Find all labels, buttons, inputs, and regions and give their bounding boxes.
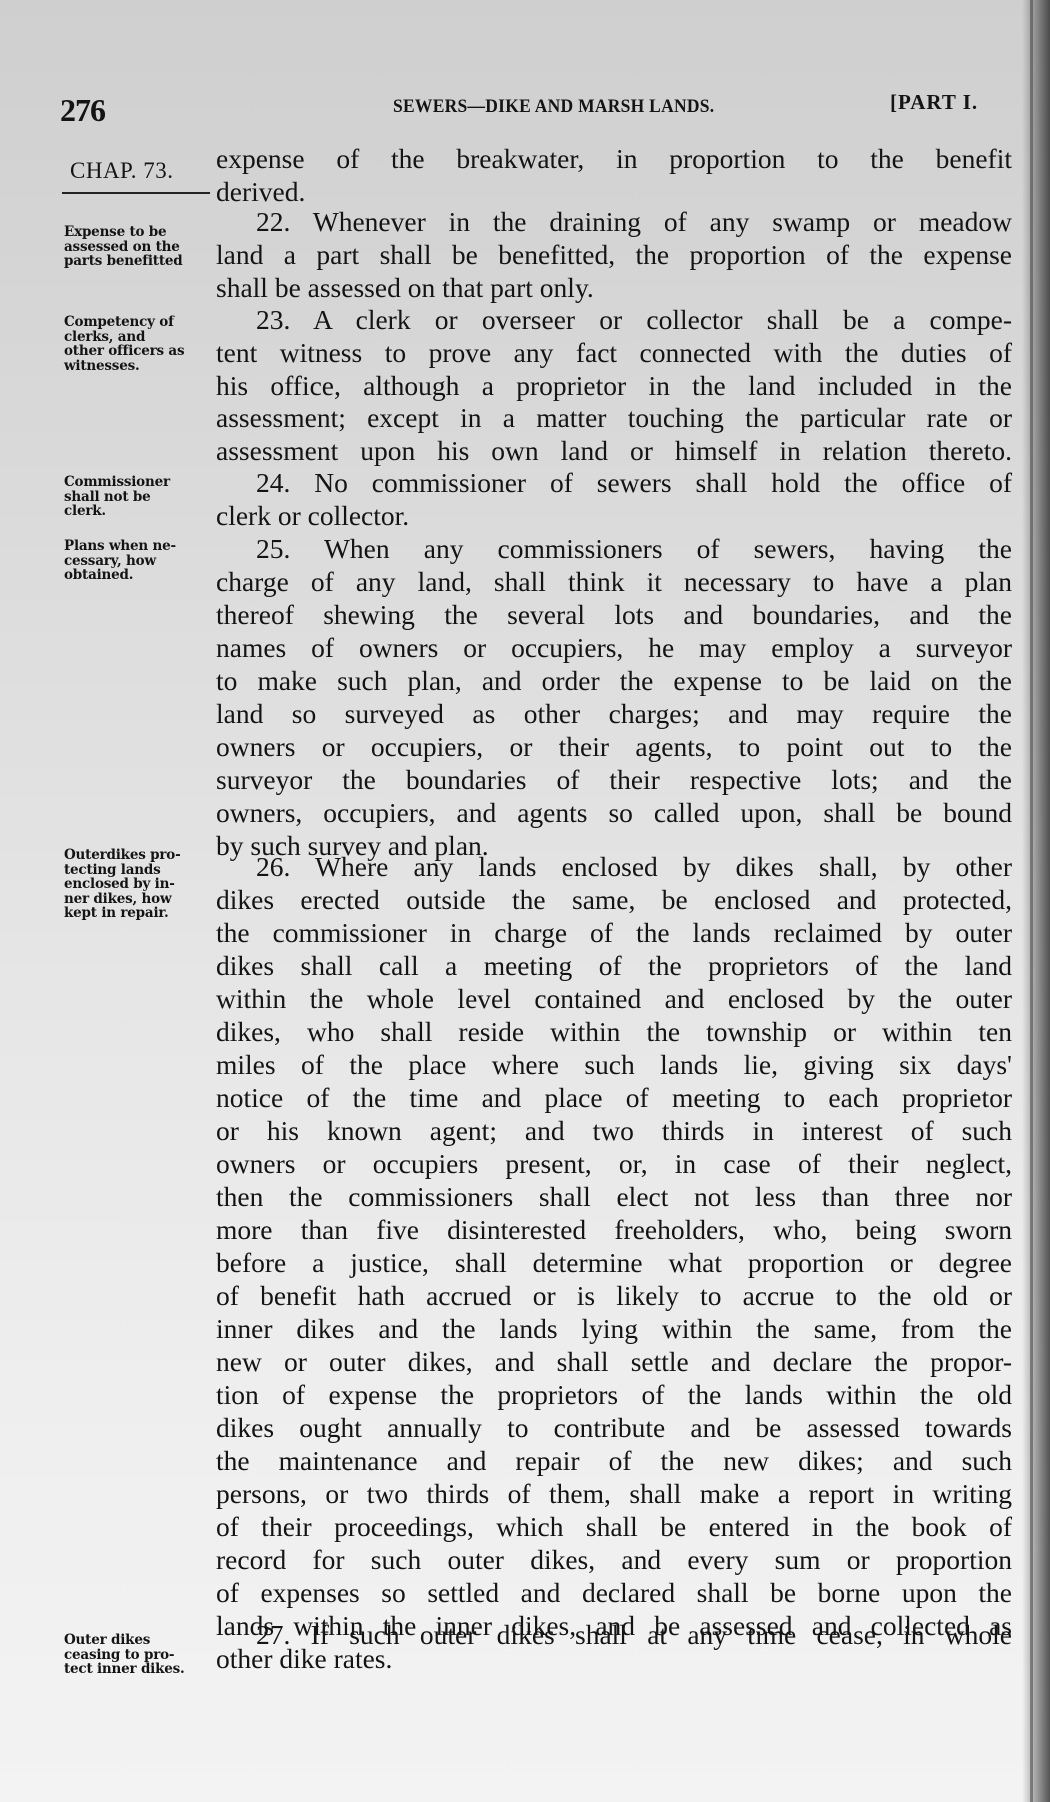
body-line: expense of the breakwater, in proportion… (216, 142, 1012, 176)
section-27-start: 27. If such outer dikes shall at any tim… (216, 1618, 1012, 1652)
body-line: more than five disinterested freeholders… (216, 1213, 1012, 1247)
margin-note-competency: Competency of clerks, and other officers… (64, 315, 214, 373)
body-line: within the whole level contained and enc… (216, 982, 1012, 1016)
margin-note-plans: Plans when ne- cessary, how obtained. (64, 539, 214, 583)
margin-note-line: obtained. (64, 568, 214, 583)
body-line: owners or occupiers present, or, in case… (216, 1147, 1012, 1181)
body-line: or his known agent; and two thirds in in… (216, 1114, 1012, 1148)
margin-note-line: Commissioner (64, 475, 214, 490)
body-line: the commissioner in charge of the lands … (216, 916, 1012, 950)
margin-note-line: clerk. (64, 504, 214, 519)
body-line: assessment; except in a matter touching … (216, 401, 1012, 435)
margin-note-line: Outer dikes (64, 1633, 214, 1648)
margin-note-commissioner: Commissioner shall not be clerk. (64, 475, 214, 519)
margin-note-line: other officers as (64, 344, 214, 359)
body-line: his office, although a proprietor in the… (216, 369, 1012, 403)
body-line: land a part shall be benefitted, the pro… (216, 238, 1012, 272)
body-line: to make such plan, and order the expense… (216, 664, 1012, 698)
body-line: dikes shall call a meeting of the propri… (216, 949, 1012, 983)
body-line: owners, occupiers, and agents so called … (216, 796, 1012, 830)
body-line: new or outer dikes, and shall settle and… (216, 1345, 1012, 1379)
margin-note-line: cessary, how (64, 554, 214, 569)
body-line: shall be assessed on that part only. (216, 271, 1012, 305)
body-line: dikes, who shall reside within the towns… (216, 1015, 1012, 1049)
body-line: charge of any land, shall think it neces… (216, 565, 1012, 599)
margin-note-line: ceasing to pro- (64, 1648, 214, 1663)
chapter-label: CHAP. 73. (70, 158, 174, 184)
body-line: inner dikes and the lands lying within t… (216, 1312, 1012, 1346)
part-label: [PART I. (890, 90, 978, 115)
margin-note-outer-dikes: Outerdikes pro- tecting lands enclosed b… (64, 848, 214, 921)
body-line: of benefit hath accrued or is likely to … (216, 1279, 1012, 1313)
margin-note-line: shall not be (64, 490, 214, 505)
body-line: tion of expense the proprietors of the l… (216, 1378, 1012, 1412)
body-line: owners or occupiers, or their agents, to… (216, 730, 1012, 764)
margin-note-line: tecting lands (64, 863, 214, 878)
section-26-start: 26. Where any lands enclosed by dikes sh… (216, 850, 1012, 884)
margin-note-line: clerks, and (64, 330, 214, 345)
body-line: derived. (216, 175, 1012, 209)
margin-note-line: tect inner dikes. (64, 1662, 214, 1677)
section-24-start: 24. No commissioner of sewers shall hold… (216, 466, 1012, 500)
body-line: land so surveyed as other charges; and m… (216, 697, 1012, 731)
margin-note-line: Outerdikes pro- (64, 848, 214, 863)
margin-note-line: witnesses. (64, 359, 214, 374)
body-line: record for such outer dikes, and every s… (216, 1543, 1012, 1577)
body-line: of their proceedings, which shall be ent… (216, 1510, 1012, 1544)
binding-shadow (1022, 0, 1050, 1802)
margin-note-line: enclosed by in- (64, 877, 214, 892)
body-line: names of owners or occupiers, he may emp… (216, 631, 1012, 665)
margin-note-line: Competency of (64, 315, 214, 330)
section-25-start: 25. When any commissioners of sewers, ha… (216, 532, 1012, 566)
margin-note-line: ner dikes, how (64, 892, 214, 907)
body-line: tent witness to prove any fact connected… (216, 336, 1012, 370)
margin-note-expense: Expense to be assessed on the parts bene… (64, 225, 214, 269)
body-line: dikes ought annually to contribute and b… (216, 1411, 1012, 1445)
margin-note-line: kept in repair. (64, 906, 214, 921)
body-line: assessment upon his own land or himself … (216, 434, 1012, 468)
margin-note-line: parts benefitted (64, 254, 214, 269)
margin-note-line: Expense to be (64, 225, 214, 240)
body-line: notice of the time and place of meeting … (216, 1081, 1012, 1115)
margin-note-outer-dikes-ceasing: Outer dikes ceasing to pro- tect inner d… (64, 1633, 214, 1677)
chapter-rule (62, 192, 210, 194)
margin-note-line: assessed on the (64, 240, 214, 255)
body-line: surveyor the boundaries of their respect… (216, 763, 1012, 797)
body-line: of expenses so settled and declared shal… (216, 1576, 1012, 1610)
margin-note-line: Plans when ne- (64, 539, 214, 554)
page-number: 276 (60, 92, 105, 129)
body-line: thereof shewing the several lots and bou… (216, 598, 1012, 632)
body-line: the maintenance and repair of the new di… (216, 1444, 1012, 1478)
section-22-start: 22. Whenever in the draining of any swam… (216, 205, 1012, 239)
body-line: miles of the place where such lands lie,… (216, 1048, 1012, 1082)
section-23-start: 23. A clerk or overseer or collector sha… (216, 303, 1012, 337)
running-head: SEWERS—DIKE AND MARSH LANDS. (393, 96, 714, 118)
body-line: persons, or two thirds of them, shall ma… (216, 1477, 1012, 1511)
body-line: clerk or collector. (216, 499, 1012, 533)
body-line: before a justice, shall determine what p… (216, 1246, 1012, 1280)
body-line: dikes erected outside the same, be enclo… (216, 883, 1012, 917)
body-line: then the commissioners shall elect not l… (216, 1180, 1012, 1214)
